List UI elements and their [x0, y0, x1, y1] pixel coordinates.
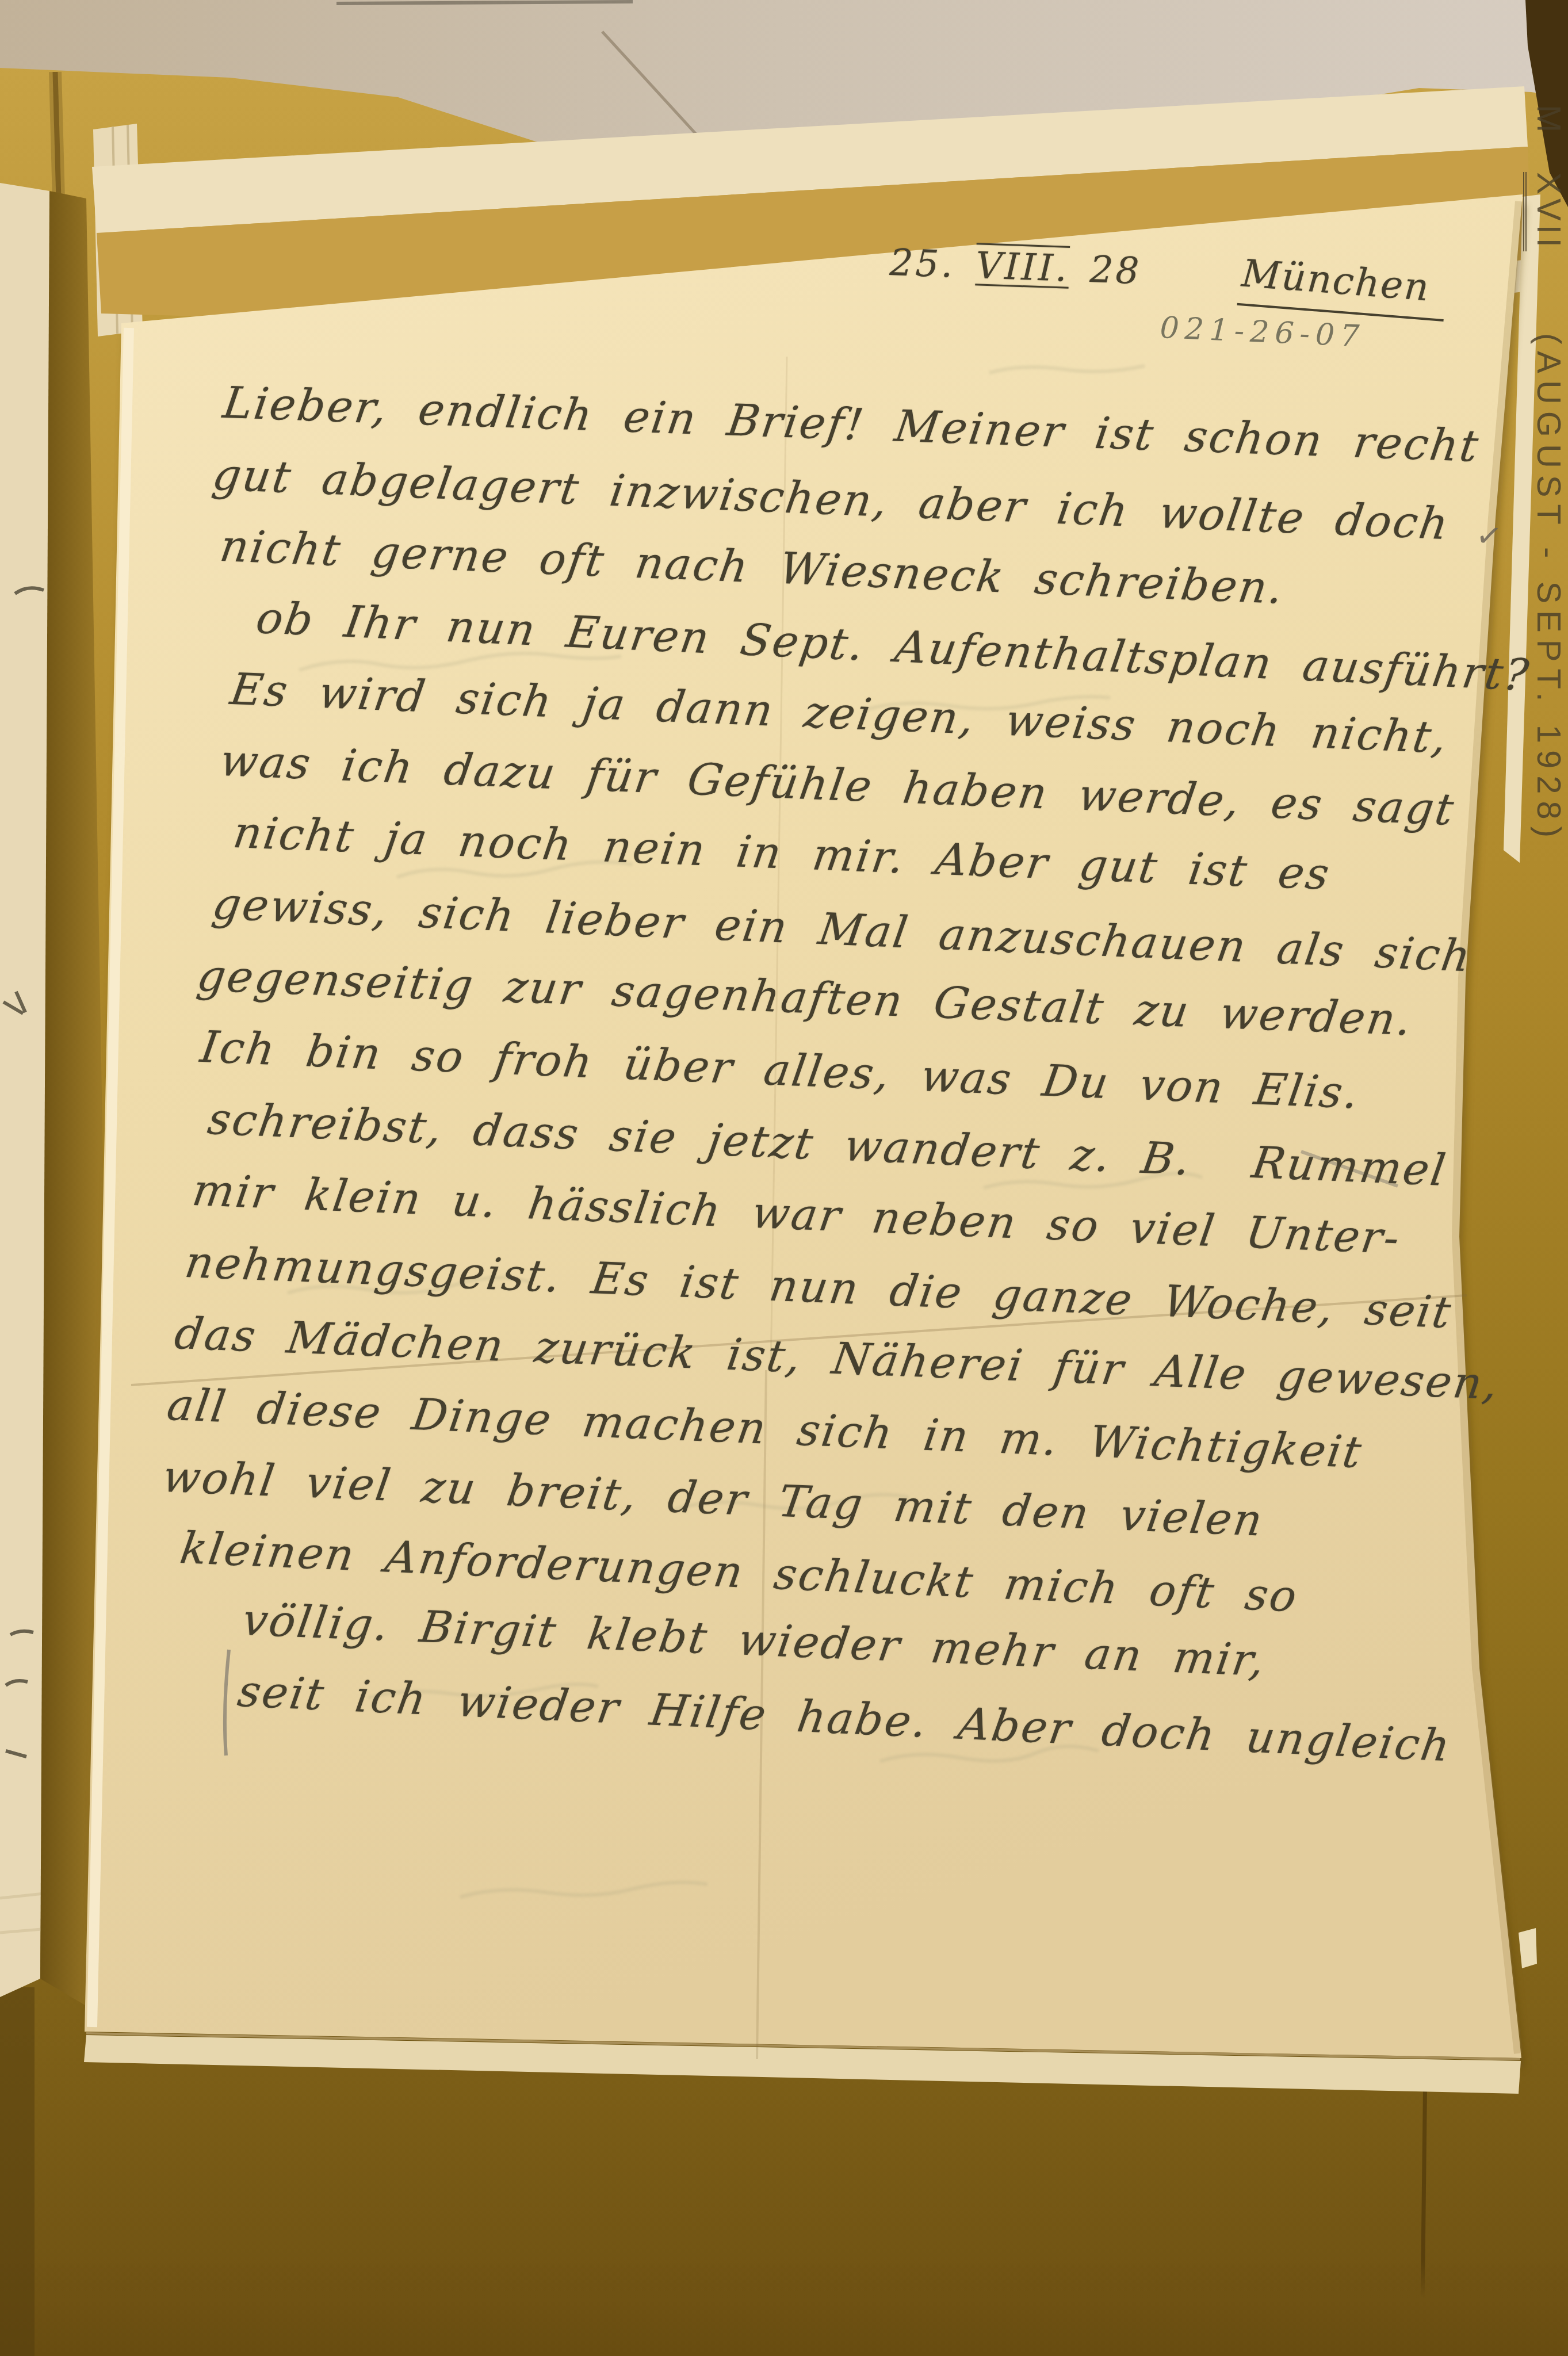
folder-series-label: M: [1530, 105, 1567, 136]
folder-volume-roman: XVII: [1523, 172, 1567, 251]
folder-date-range: (AUGUST - SEPT. 1928): [1530, 333, 1567, 844]
folder-left-edge-shade: [0, 1987, 35, 2356]
date-month-roman: VIII.: [975, 244, 1070, 290]
date-year: 28: [1089, 248, 1142, 293]
archive-letter-photo: 25.VIII.28 München 021-26-07 MXVII(AUGUS…: [0, 0, 1568, 2356]
date-day: 25.: [889, 242, 955, 286]
backdrop-edge-line: [336, 2, 633, 3]
folder-annotation: MXVII(AUGUST - SEPT. 1928): [1529, 105, 1568, 852]
folder-bottom-strip: [0, 2261, 1568, 2356]
pencil-checkmark: ✓: [1474, 516, 1505, 556]
